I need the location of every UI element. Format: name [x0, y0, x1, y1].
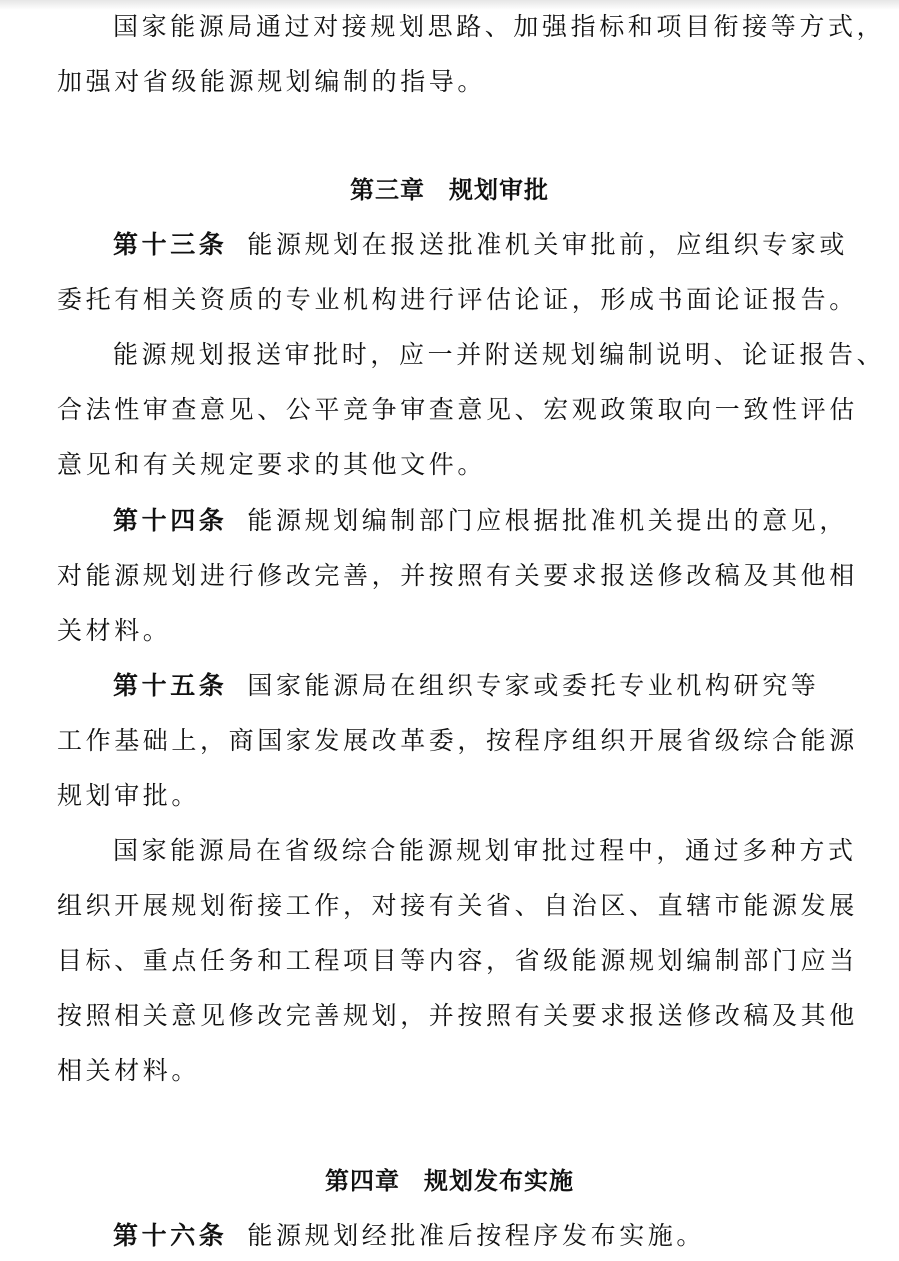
paragraph-line: 工作基础上，商国家发展改革委，按程序组织开展省级综合能源 — [57, 726, 847, 756]
paragraph-line: 国家能源局通过对接规划思路、加强指标和项目衔接等方式， — [113, 12, 899, 42]
chapter-title: 规划发布实施 — [424, 1167, 574, 1195]
chapter-title: 规划审批 — [449, 176, 549, 204]
paragraph-line: 对能源规划进行修改完善，并按照有关要求报送修改稿及其他相 — [57, 561, 847, 591]
paragraph-line: 规划审批。 — [57, 781, 847, 811]
paragraph-line: 合法性审查意见、公平竞争审查意见、宏观政策取向一致性评估 — [57, 395, 847, 425]
article-13-line: 第十三条能源规划在报送批准机关审批前，应组织专家或 — [113, 230, 899, 260]
paragraph-line: 目标、重点任务和工程项目等内容，省级能源规划编制部门应当 — [57, 946, 847, 976]
paragraph-line: 相关材料。 — [57, 1056, 847, 1086]
chapter-number: 第三章 — [350, 176, 425, 204]
article-16-line: 第十六条能源规划经批准后按程序发布实施。 — [113, 1221, 899, 1251]
paragraph-line: 加强对省级能源规划编制的指导。 — [57, 67, 847, 97]
paragraph-line: 委托有相关资质的专业机构进行评估论证，形成书面论证报告。 — [57, 285, 847, 315]
chapter-number: 第四章 — [325, 1167, 400, 1195]
paragraph-line: 关材料。 — [57, 616, 847, 646]
article-15-line: 第十五条国家能源局在组织专家或委托专业机构研究等 — [113, 671, 899, 701]
paragraph-line: 按照相关意见修改完善规划，并按照有关要求报送修改稿及其他 — [57, 1001, 847, 1031]
article-label: 第十三条 — [113, 230, 227, 259]
paragraph-line: 国家能源局在省级综合能源规划审批过程中，通过多种方式 — [113, 836, 899, 866]
chapter-heading: 第三章规划审批 — [0, 175, 899, 205]
article-14-line: 第十四条能源规划编制部门应根据批准机关提出的意见， — [113, 506, 899, 536]
article-text: 能源规划经批准后按程序发布实施。 — [247, 1221, 705, 1250]
article-label: 第十四条 — [113, 506, 227, 535]
article-label: 第十六条 — [113, 1221, 227, 1250]
page-top-shadow — [0, 0, 899, 10]
article-label: 第十五条 — [113, 671, 227, 700]
paragraph-line: 意见和有关规定要求的其他文件。 — [57, 450, 847, 480]
paragraph-line: 能源规划报送审批时，应一并附送规划编制说明、论证报告、 — [113, 340, 899, 370]
article-text: 能源规划在报送批准机关审批前，应组织专家或 — [247, 230, 848, 259]
chapter-heading: 第四章规划发布实施 — [0, 1166, 899, 1196]
article-text: 能源规划编制部门应根据批准机关提出的意见， — [247, 506, 848, 535]
article-text: 国家能源局在组织专家或委托专业机构研究等 — [247, 671, 819, 700]
paragraph-line: 组织开展规划衔接工作，对接有关省、自治区、直辖市能源发展 — [57, 891, 847, 921]
